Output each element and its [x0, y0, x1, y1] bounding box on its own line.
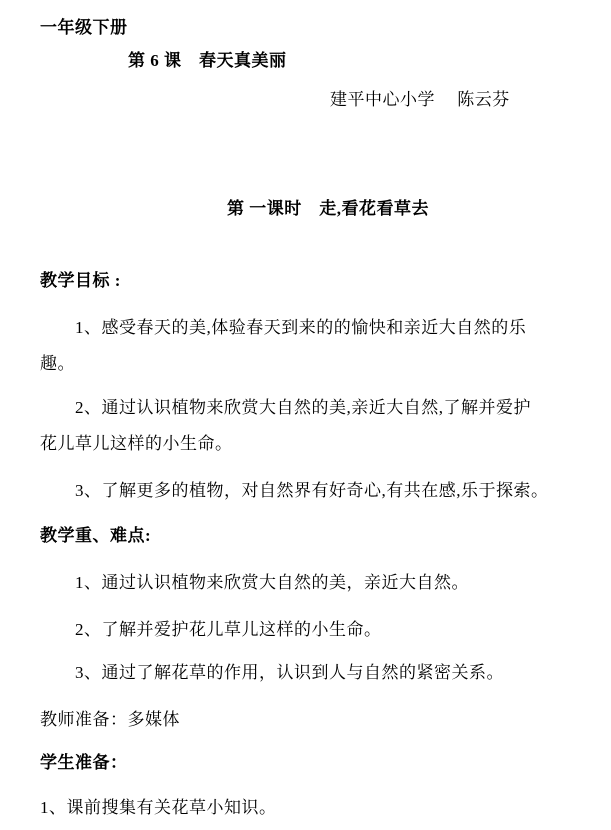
objectives-heading: 教学目标 :	[40, 271, 121, 291]
objective-1-line-1: 1、感受春天的美,体验春天到来的的愉快和亲近大自然的乐	[75, 318, 526, 338]
key-point-3: 3、通过了解花草的作用，认识到人与自然的紧密关系。	[75, 663, 504, 683]
byline: 建平中心小学 陈云芬	[330, 90, 510, 110]
objective-2-line-1: 2、通过认识植物来欣赏大自然的美,亲近大自然,了解并爱护	[75, 398, 531, 418]
student-prep-item-1: 1、课前搜集有关花草小知识。	[40, 798, 277, 818]
period-title: 第 一课时 走,看花看草去	[227, 199, 429, 219]
key-point-2: 2、了解并爱护花儿草儿这样的小生命。	[75, 620, 382, 640]
key-point-1: 1、通过认识植物来欣赏大自然的美，亲近大自然。	[75, 573, 469, 593]
teacher-prep: 教师准备：多媒体	[40, 710, 180, 730]
key-points-heading: 教学重、难点:	[40, 526, 151, 546]
objective-1-line-2: 趣。	[40, 354, 75, 374]
lesson-title: 第 6 课 春天真美丽	[128, 51, 287, 71]
objective-2-line-2: 花儿草儿这样的小生命。	[40, 434, 233, 454]
student-prep-heading: 学生准备：	[40, 753, 128, 773]
grade-label: 一年级下册	[40, 18, 128, 38]
document-page: 一年级下册 第 6 课 春天真美丽 建平中心小学 陈云芬 第 一课时 走,看花看…	[0, 0, 611, 830]
objective-3: 3、了解更多的植物，对自然界有好奇心,有共在感,乐于探索。	[75, 481, 549, 501]
